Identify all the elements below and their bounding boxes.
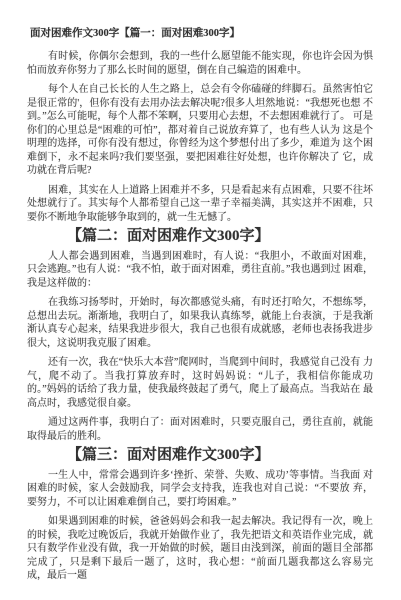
document-body: 有时候，你偶尔会想到，我的一些什么愿望能不能实现，你也许会因为惧 怕而放弃你努力… [27, 50, 373, 583]
essay-paragraph: 人人都会遇到困难，当遇到困难时，有人说：“我胆小，不敢面对困难， 只会逃跑。”也… [27, 250, 373, 291]
essay-paragraph: 每个人在自己长长的人生之路上，总会有令你磕碰的绊脚石。虽然害怕它 是很正常的'，… [27, 83, 373, 178]
essay-paragraph: 如果遇到困难的时候，爸爸妈妈会和我一起去解决。我记得有一次，晚上 的时候，我吃过… [27, 515, 373, 583]
essay-paragraph: 在我练习扬琴时，开始时，每次都感觉头痛，有时还打哈欠，不想练琴， 总想出去玩。渐… [27, 296, 373, 350]
essay-paragraph: 困难，其实在人上道路上困难并不多，只是看起来有点困难，只要不往坏 处想就行了。其… [27, 184, 373, 225]
essay-paragraph: 通过这两件事，我明白了：面对困难时，只要克服自己，勇往直前，就能 取得最后的胜利… [27, 416, 373, 443]
section-heading: 【篇二：面对困难作文300字】 [27, 230, 373, 244]
document-page: 面对困难作文300字【篇一：面对困难300字】 有时候，你偶尔会想到，我的一些什… [0, 0, 401, 600]
section-heading: 【篇三：面对困难作文300字】 [27, 449, 373, 463]
essay-paragraph: 还有一次，我在“快乐大本营”爬网时，当爬到中间时，我感觉自己没有 力气，爬不动了… [27, 356, 373, 410]
document-title: 面对困难作文300字【篇一：面对困难300字】 [30, 27, 373, 41]
essay-paragraph: 一生人中，常常会遇到许多‘挫折、荣誉、失败、成功’等事情。当我面 对困难的时候，… [27, 469, 373, 510]
essay-paragraph: 有时候，你偶尔会想到，我的一些什么愿望能不能实现，你也许会因为惧 怕而放弃你努力… [27, 50, 373, 77]
